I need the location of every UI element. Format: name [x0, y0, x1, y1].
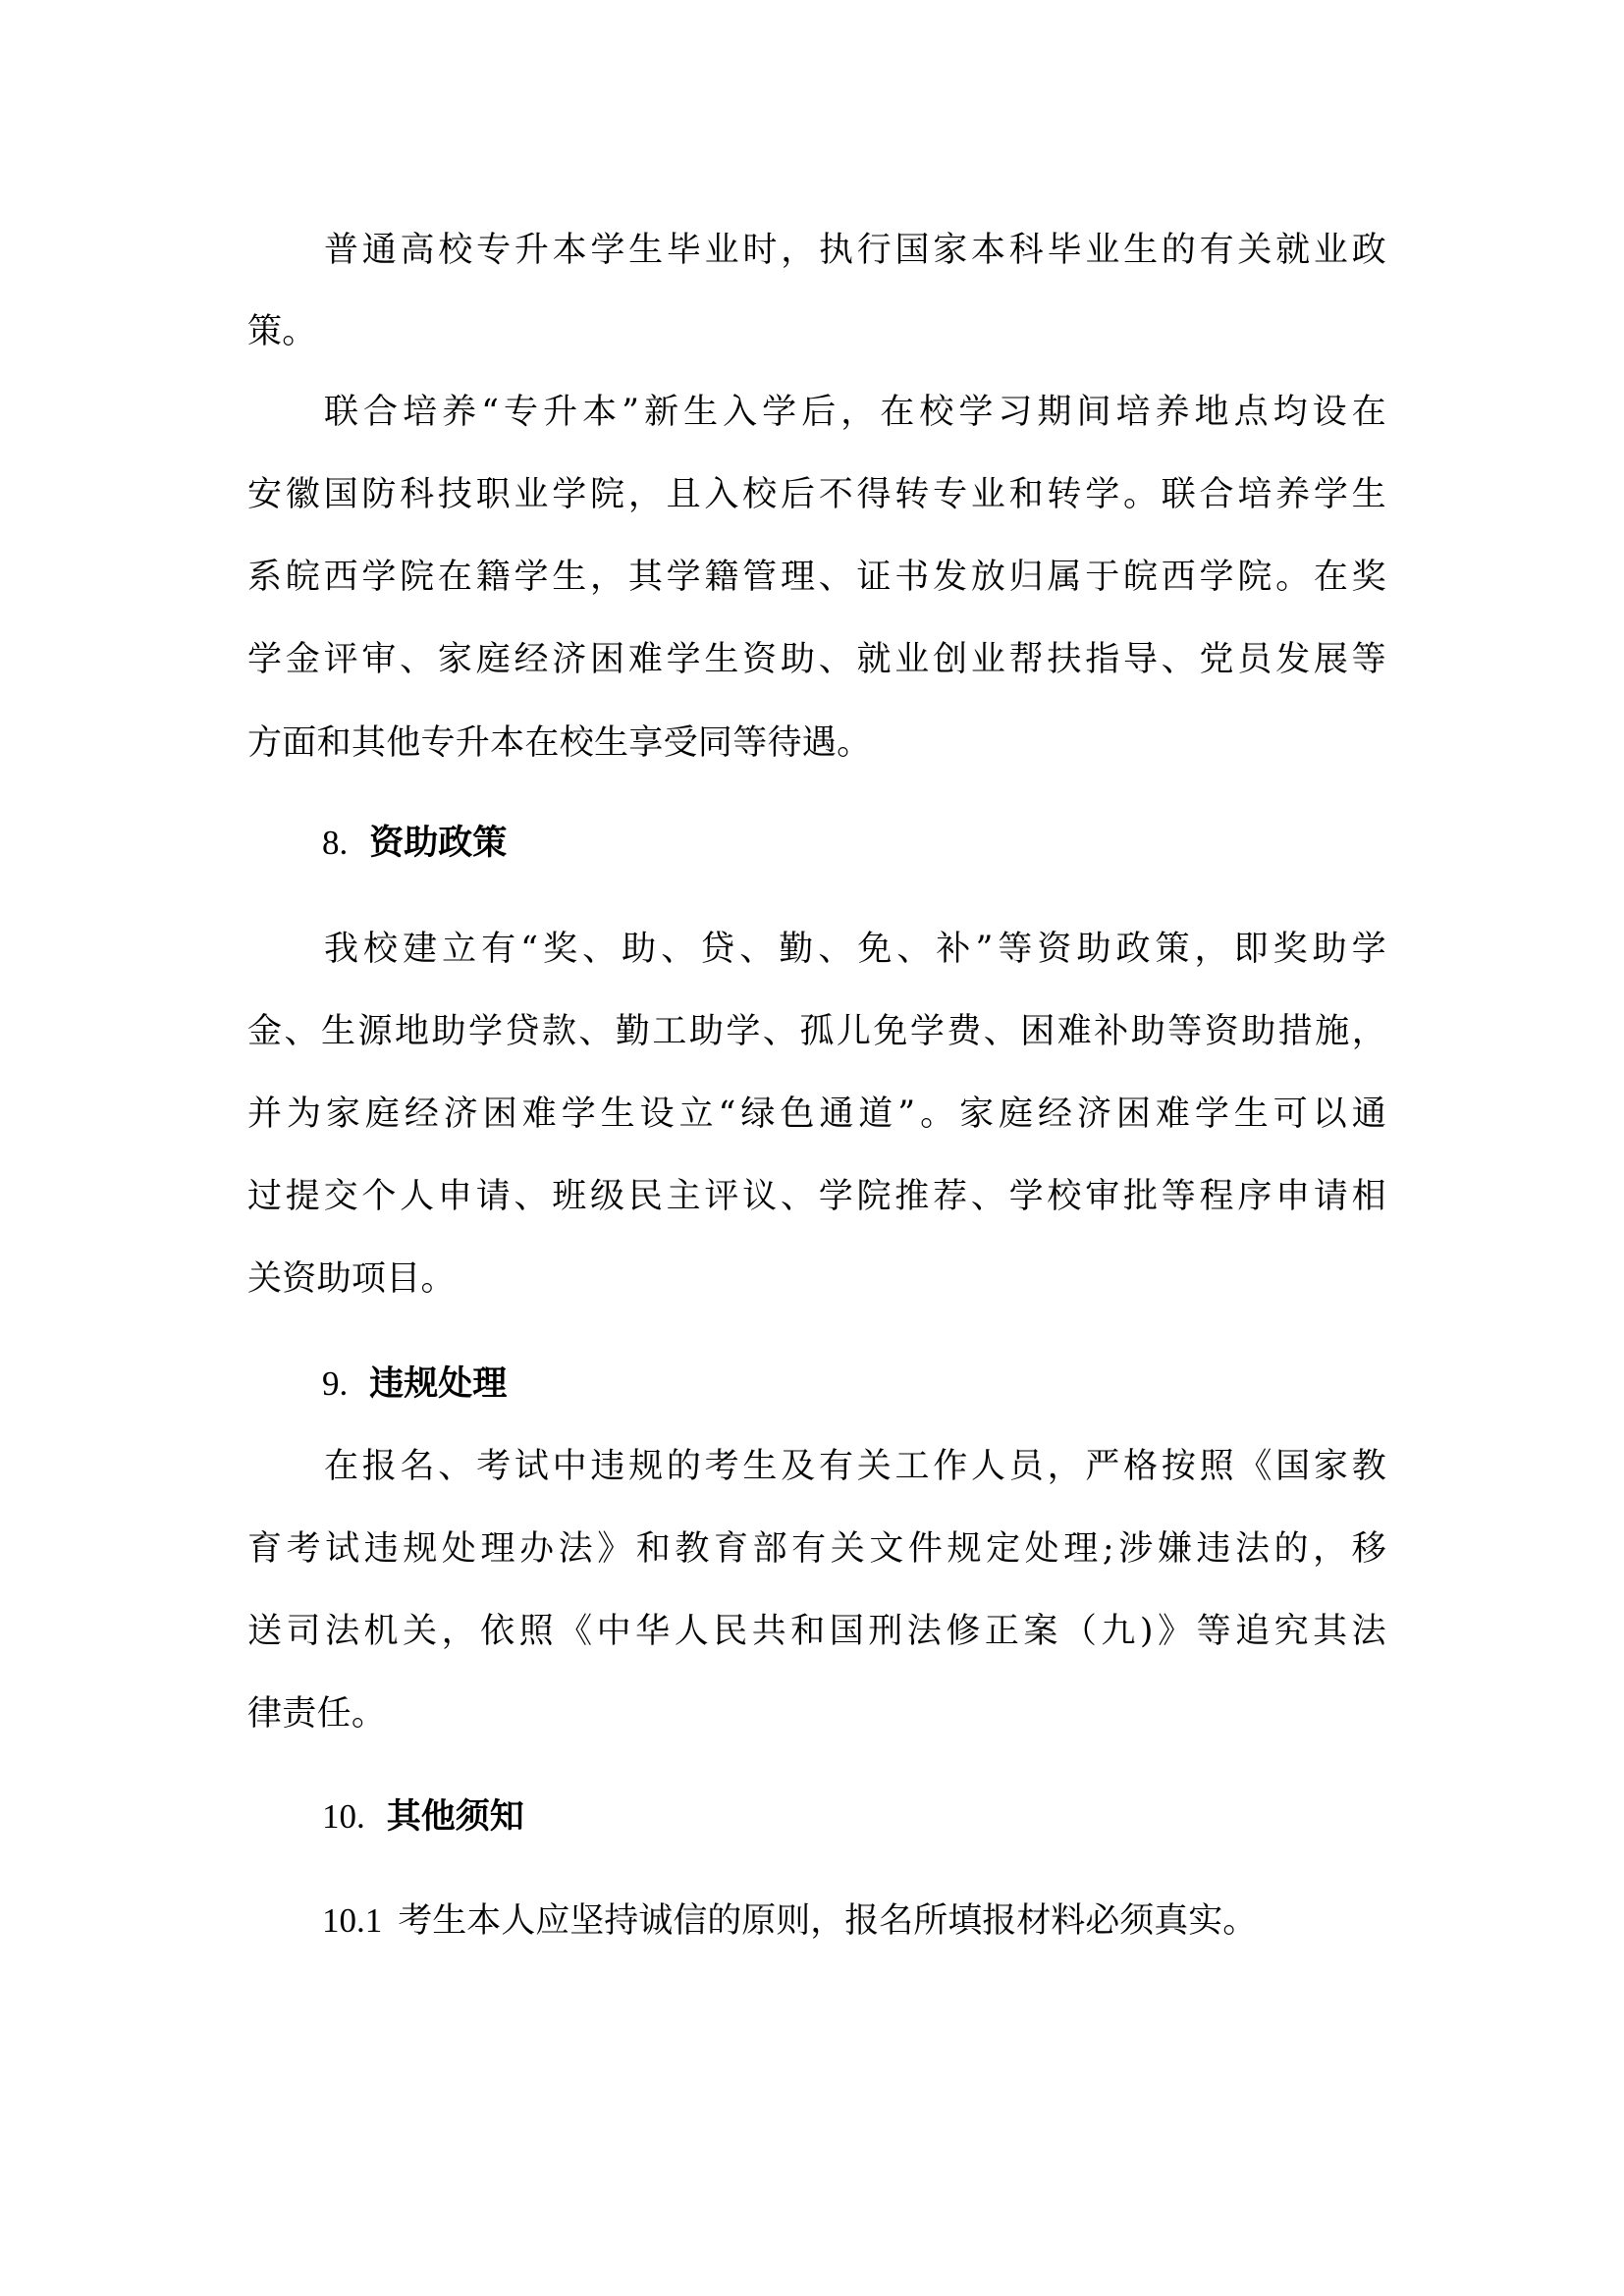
- paragraph-line: 并为家庭经济困难学生设立“绿色通道”。家庭经济困难学生可以通: [247, 1093, 1386, 1136]
- section-number: 8.: [322, 824, 348, 862]
- paragraph-line: 金、生源地助学贷款、勤工助学、孤儿免学费、困难补助等资助措施，: [247, 1010, 1386, 1053]
- paragraph-line: 律责任。: [247, 1692, 1386, 1735]
- item-text: 考生本人应坚持诚信的原则，报名所填报材料必须真实。: [398, 1901, 1257, 1941]
- paragraph-line: 学金评审、家庭经济困难学生资助、就业创业帮扶指导、党员发展等: [247, 638, 1386, 681]
- paragraph-line: 安徽国防科技职业学院，且入校后不得转专业和转学。联合培养学生: [247, 473, 1386, 516]
- paragraph-line: 普通高校专升本学生毕业时，执行国家本科毕业生的有关就业政: [324, 229, 1386, 272]
- section-title: 资助政策: [369, 823, 507, 863]
- paragraph-line: 在报名、考试中违规的考生及有关工作人员，严格按照《国家教: [324, 1445, 1386, 1488]
- paragraph-line: 关资助项目。: [247, 1257, 1386, 1301]
- list-item-10-1: 10.1考生本人应坚持诚信的原则，报名所填报材料必须真实。: [322, 1899, 1257, 1943]
- item-number: 10.1: [322, 1901, 382, 1940]
- paragraph-line: 策。: [247, 310, 1386, 353]
- paragraph-line: 过提交个人申请、班级民主评议、学院推荐、学校审批等程序申请相: [247, 1175, 1386, 1218]
- section-number: 9.: [322, 1364, 348, 1403]
- section-number: 10.: [322, 1797, 365, 1836]
- section-title: 违规处理: [369, 1363, 507, 1404]
- section-heading-8: 8.资助政策: [322, 822, 507, 865]
- paragraph-line: 送司法机关，依照《中华人民共和国刑法修正案（九)》等追究其法: [247, 1610, 1386, 1653]
- section-heading-9: 9.违规处理: [322, 1362, 507, 1406]
- section-heading-10: 10.其他须知: [322, 1795, 524, 1839]
- section-title: 其他须知: [387, 1796, 524, 1837]
- paragraph-line: 方面和其他专升本在校生享受同等待遇。: [247, 721, 1386, 765]
- paragraph-line: 我校建立有“奖、助、贷、勤、免、补”等资助政策，即奖助学: [324, 928, 1386, 971]
- paragraph-line: 系皖西学院在籍学生，其学籍管理、证书发放归属于皖西学院。在奖: [247, 556, 1386, 599]
- paragraph-line: 育考试违规处理办法》和教育部有关文件规定处理;涉嫌违法的，移: [247, 1527, 1386, 1571]
- paragraph-line: 联合培养“专升本”新生入学后，在校学习期间培养地点均设在: [324, 391, 1386, 434]
- document-page: 普通高校专升本学生毕业时，执行国家本科毕业生的有关就业政 策。 联合培养“专升本…: [0, 0, 1624, 2296]
